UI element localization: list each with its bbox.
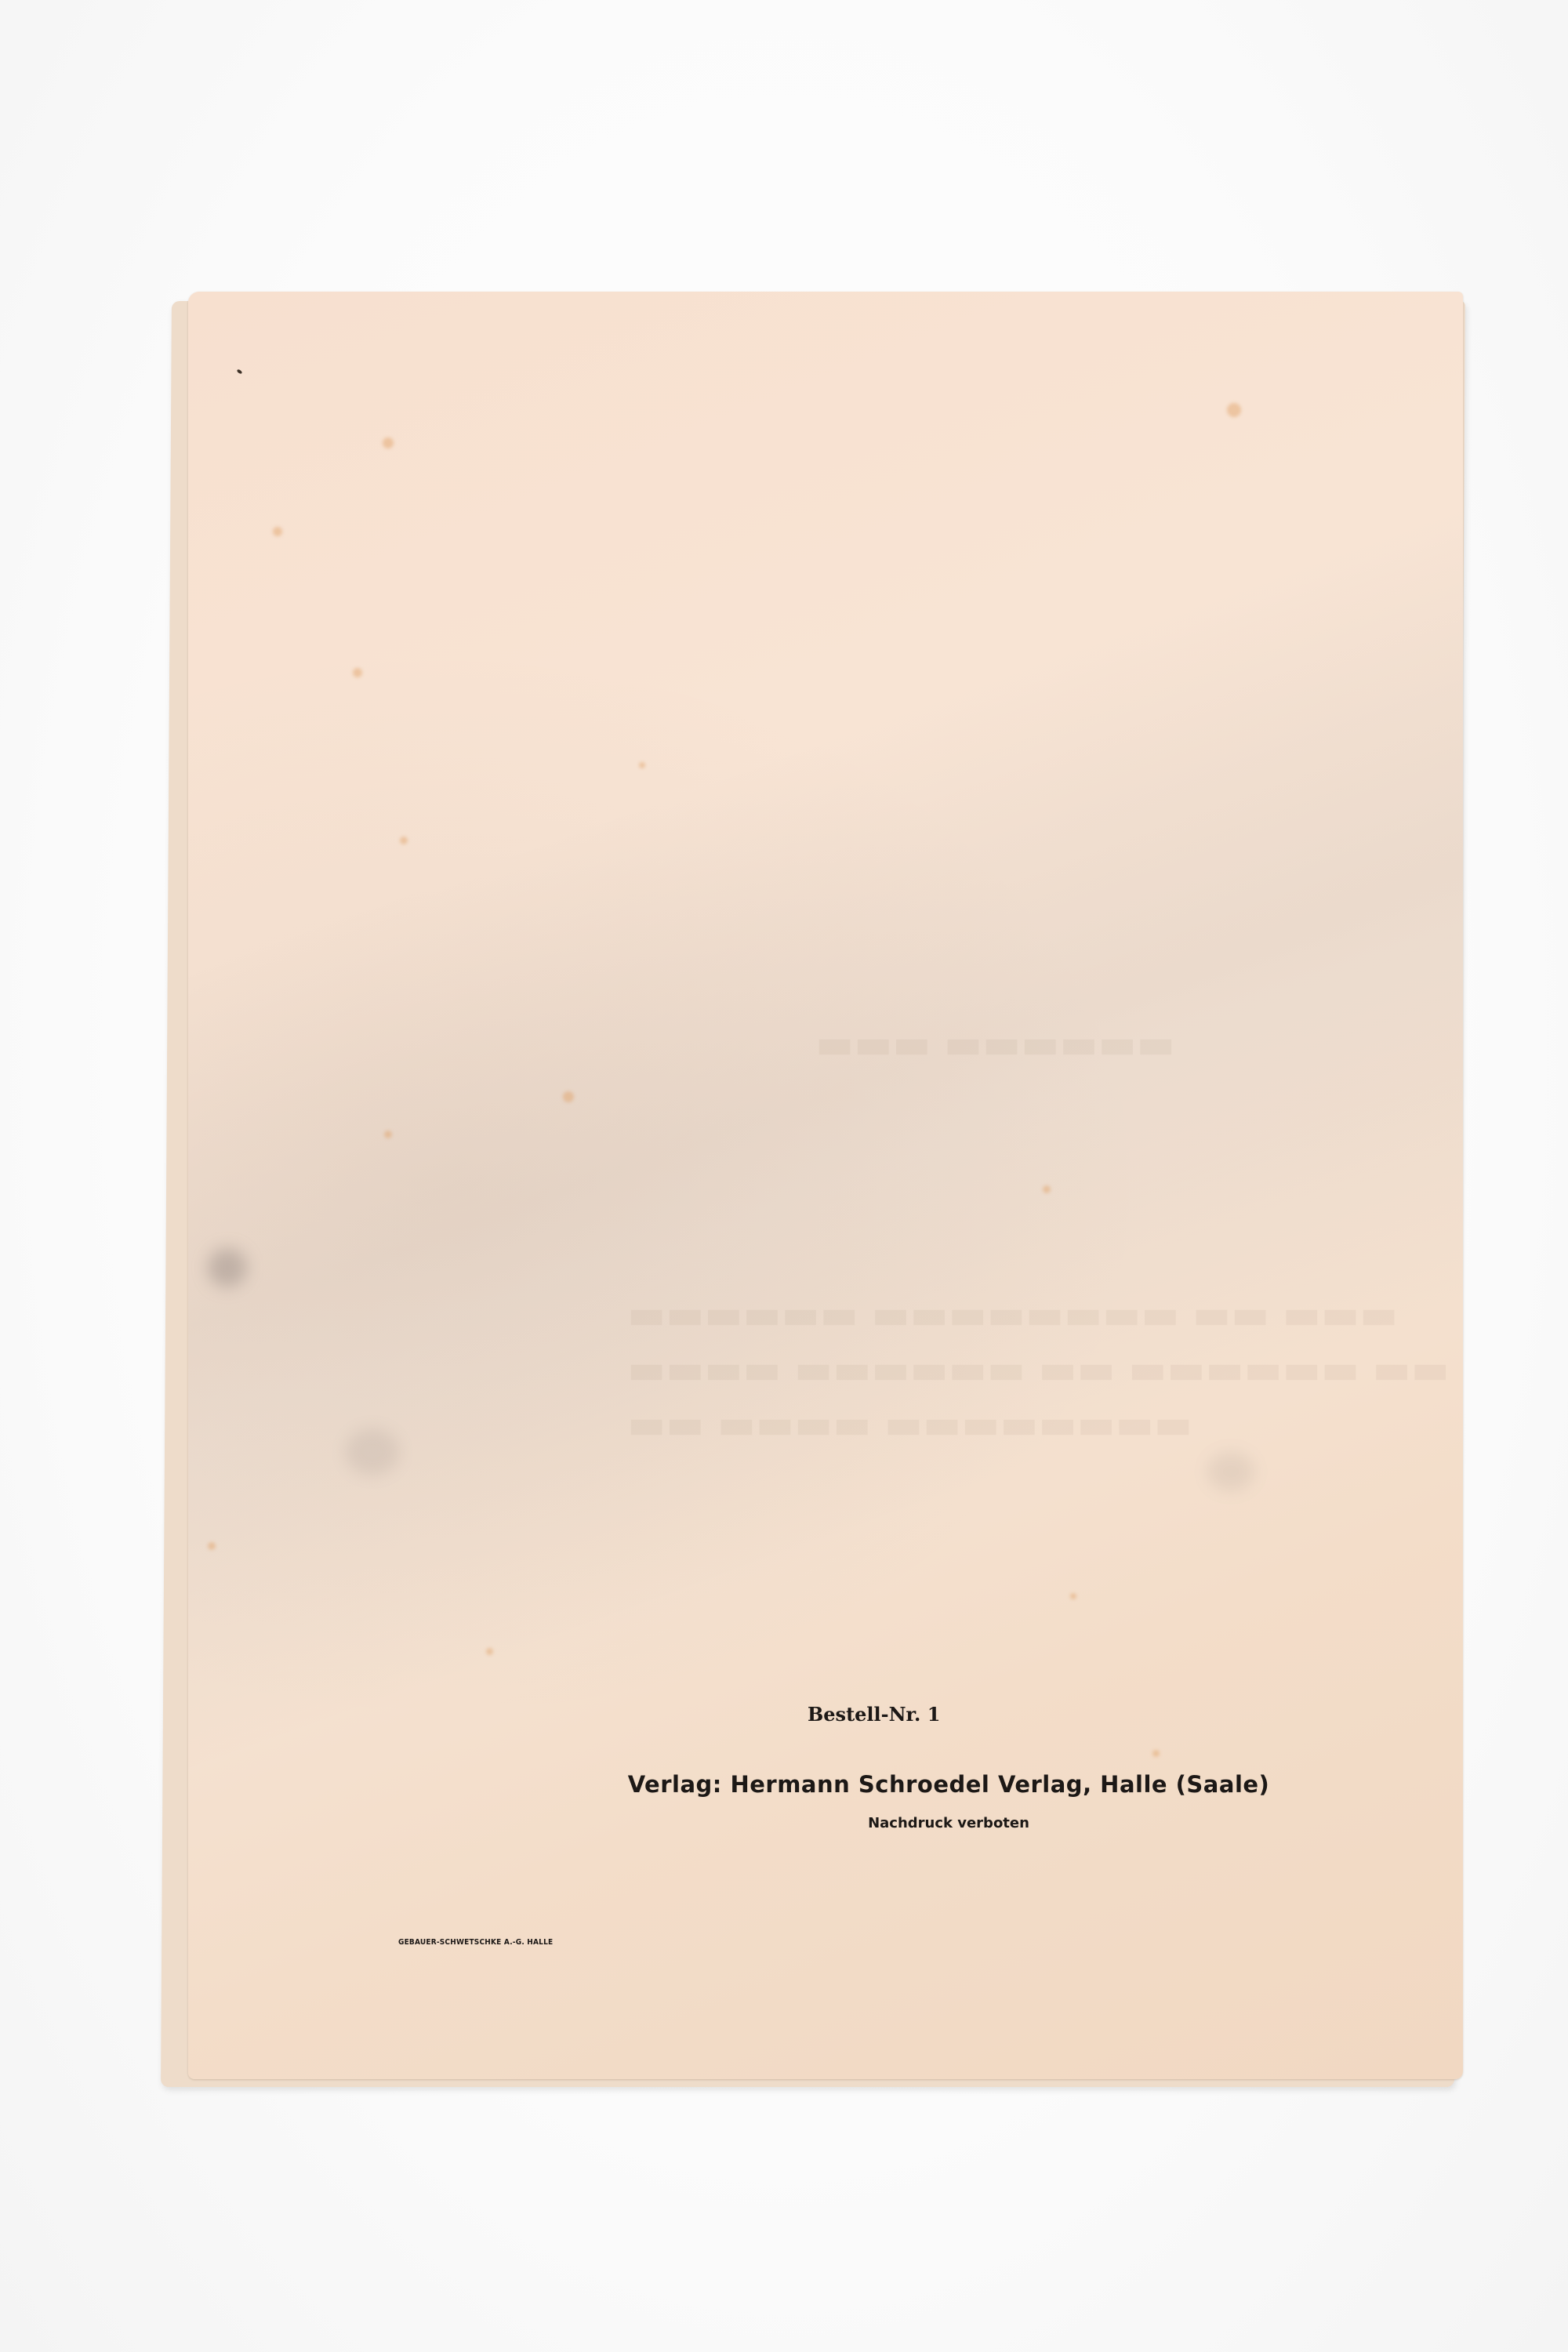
shadow-band — [188, 292, 1463, 2079]
reprint-notice: Nachdruck verboten — [596, 1815, 1301, 1831]
show-through-text: ▬▬▬▬ ▬▬▬▬▬▬ ▬▬ ▬▬▬▬▬▬ ▬▬ — [627, 1346, 1450, 1393]
foxing-spot — [400, 837, 408, 844]
printer-mark: GEBAUER-SCHWETSCHKE A.-G. HALLE — [398, 1938, 553, 1947]
foxing-spot — [1070, 1593, 1076, 1599]
foxing-spot — [486, 1648, 493, 1655]
smudge — [208, 1248, 247, 1287]
foxing-spot — [1152, 1750, 1160, 1757]
foxing-spot — [1043, 1185, 1051, 1193]
smudge — [345, 1428, 400, 1475]
foxing-spot — [273, 527, 282, 536]
show-through-text: ▬▬▬ ▬▬▬▬▬▬ — [815, 1021, 1175, 1068]
foxing-spot — [563, 1091, 574, 1102]
show-through-text: ▬▬ ▬▬▬▬ ▬▬▬▬▬▬▬▬ — [627, 1401, 1192, 1448]
order-number: Bestell-Nr. 1 — [808, 1703, 940, 1726]
foxing-spot — [208, 1542, 216, 1550]
foxing-spot — [353, 668, 362, 677]
show-through-text: ▬▬▬▬▬▬ ▬▬▬▬▬▬▬▬ ▬▬ ▬▬▬ — [627, 1291, 1398, 1338]
publisher-line: Verlag: Hermann Schroedel Verlag, Halle … — [596, 1771, 1301, 1798]
dirt-speck — [236, 368, 242, 374]
foxing-spot — [383, 437, 394, 448]
foxing-spot — [639, 762, 645, 768]
foxing-spot — [1227, 403, 1241, 417]
back-cover-page: ▬▬▬ ▬▬▬▬▬▬ ▬▬▬▬▬▬ ▬▬▬▬▬▬▬▬ ▬▬ ▬▬▬ ▬▬▬▬ ▬… — [188, 292, 1463, 2079]
foxing-spot — [384, 1131, 392, 1138]
smudge — [1207, 1452, 1254, 1491]
